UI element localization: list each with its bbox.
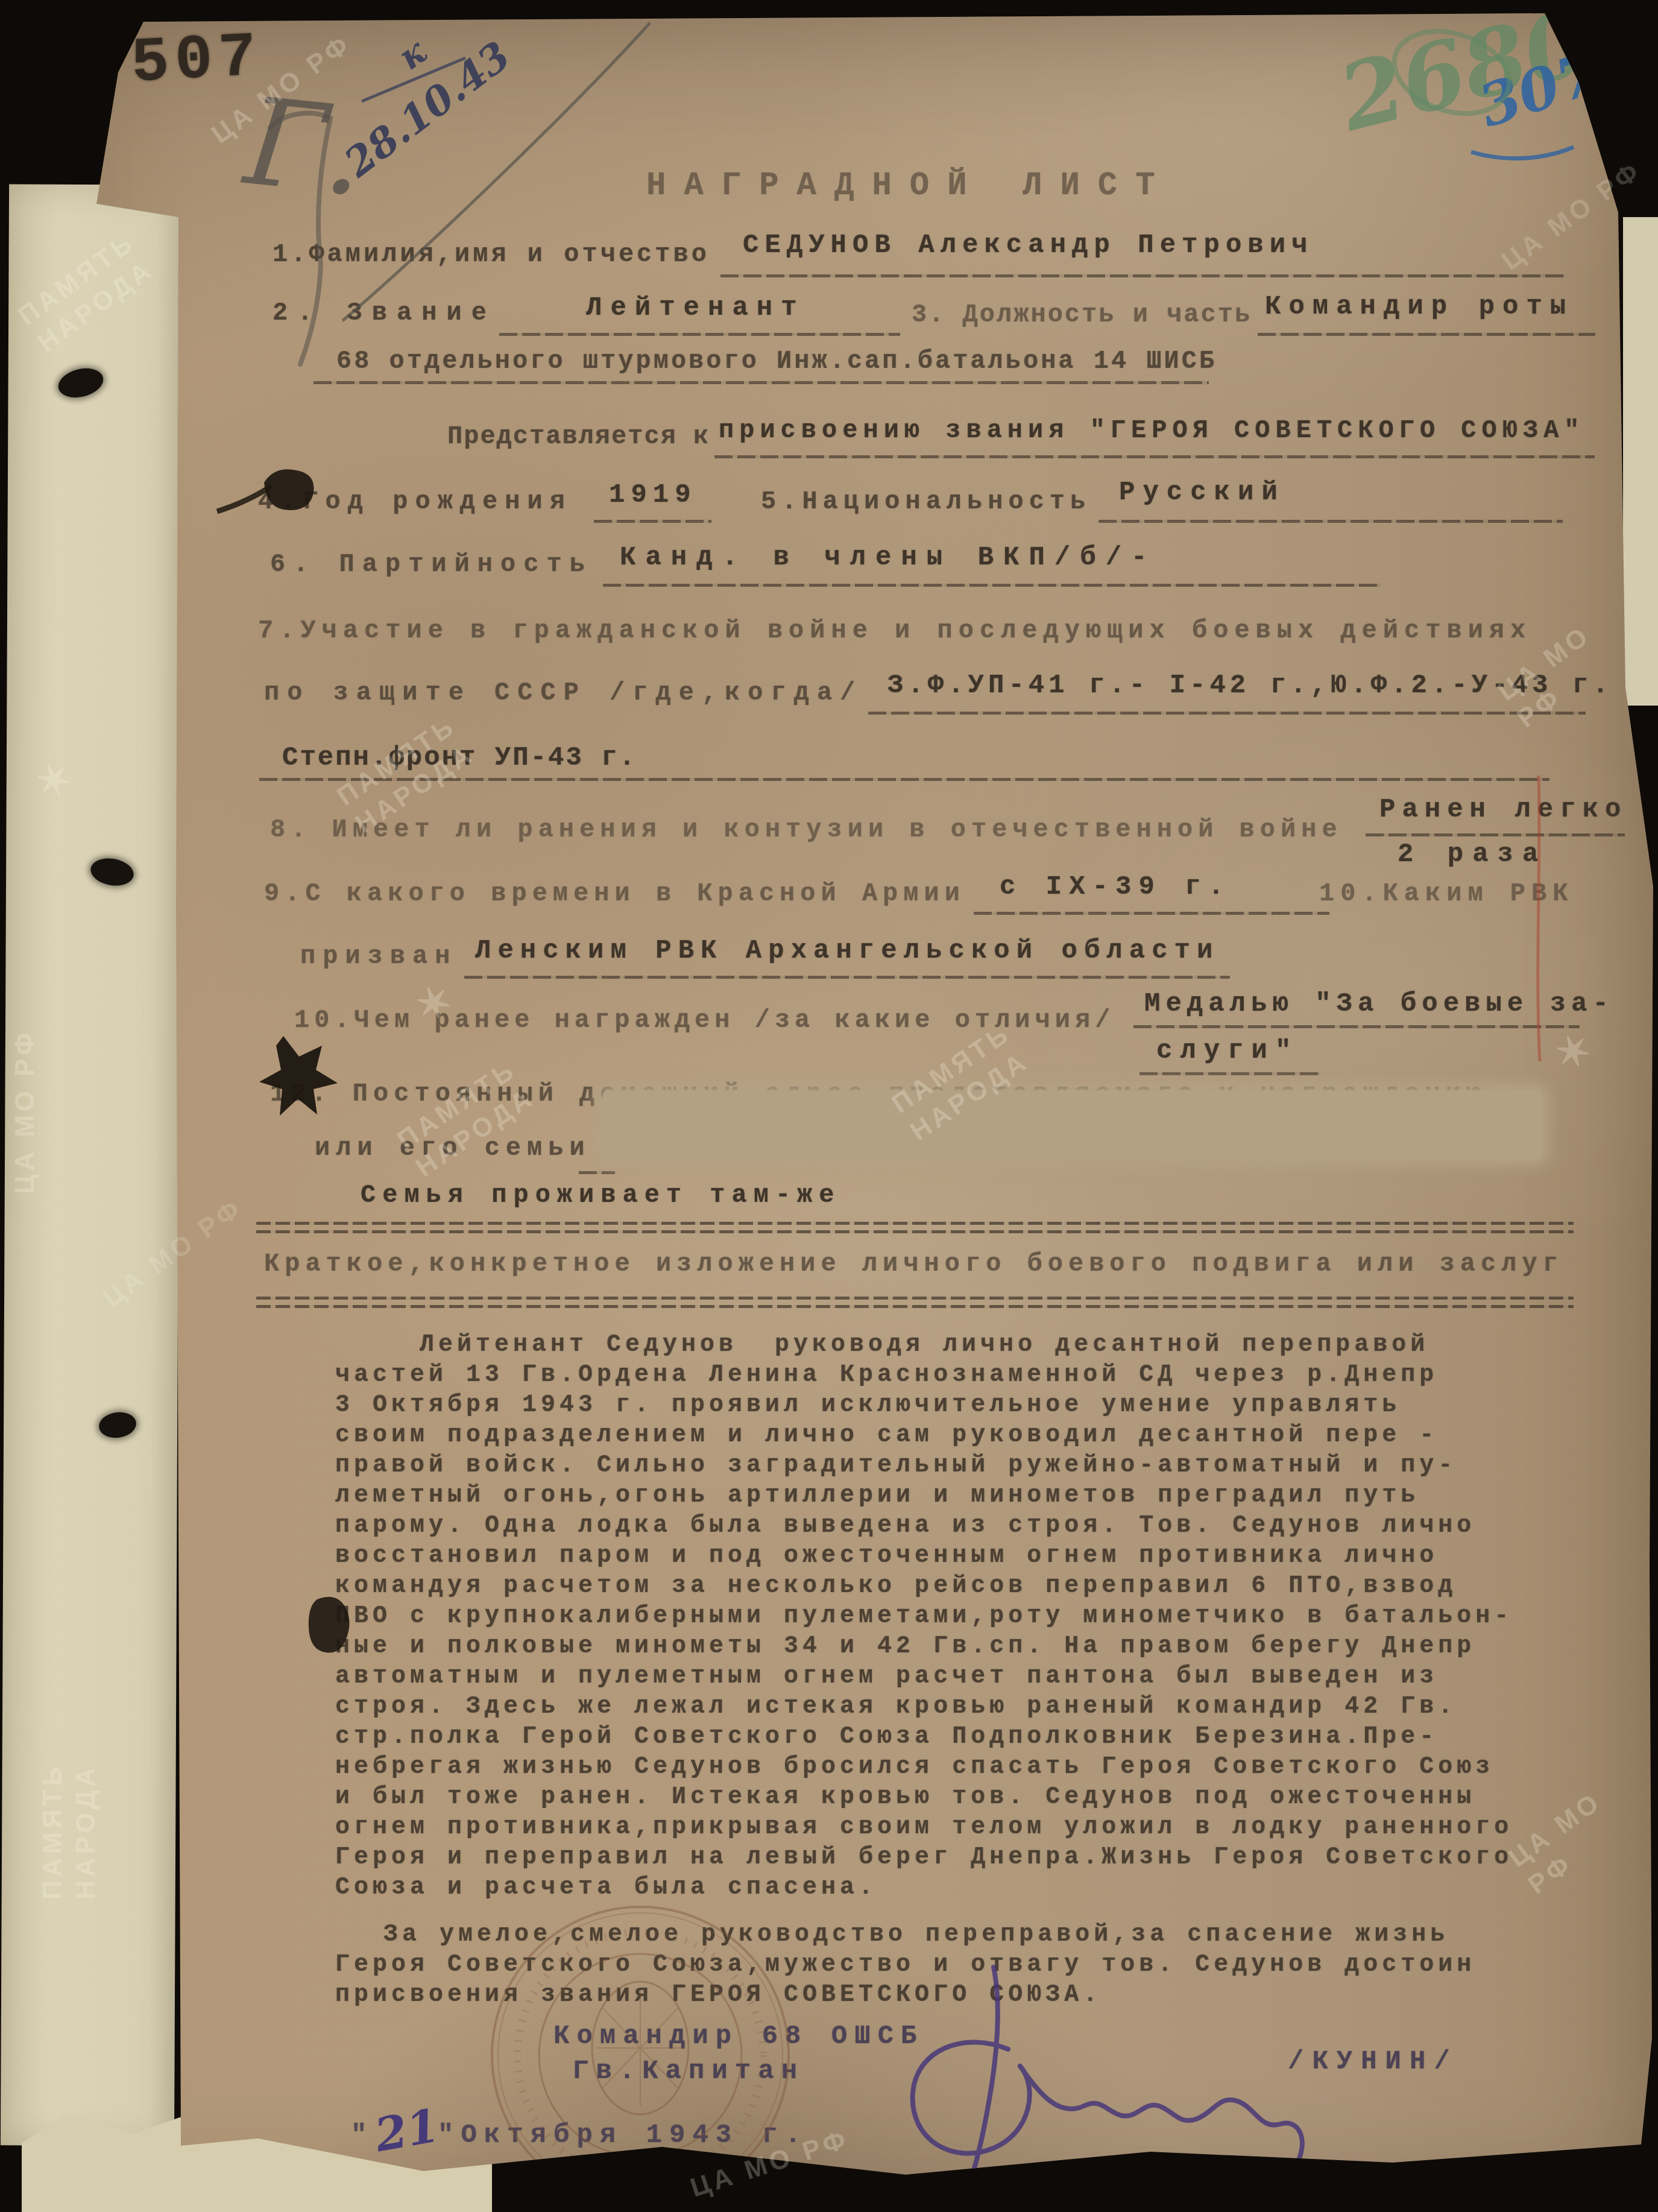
field-rank-label: 2. Звание [273, 299, 496, 327]
conclusion-line: Героя Советского Союза,мужество и отвагу… [335, 1951, 1475, 1982]
typed-underline [579, 1171, 615, 1174]
signer-position-line2: Гв.Капитан [573, 2056, 804, 2087]
typed-underline [464, 976, 1230, 979]
typed-underline [603, 584, 1381, 587]
field-nationality-label: 5.Национальность [761, 487, 1091, 516]
field-drafted-by-label2: призван [300, 942, 457, 971]
dashed-separator [256, 1305, 1574, 1308]
date-open-quote: " [351, 2120, 371, 2150]
field-army-since-label: 9.С какого времени в Красной Армии [264, 879, 965, 908]
citation-line: автоматным и пулеметным огнем расчет пан… [335, 1663, 1513, 1693]
citation-line: правой войск. Сильно заградительный руже… [335, 1452, 1513, 1482]
field-party-label: 6. Партийность [270, 550, 593, 579]
field-nationality-value: Русский [1119, 478, 1285, 508]
field-birth-year-value: 1919 [609, 480, 697, 510]
typed-underline [1366, 833, 1625, 836]
field-birth-year-label: 4.Год рождения [258, 487, 572, 516]
citation-line: командуя расчетом за несколько рейсов пе… [335, 1573, 1513, 1603]
citation-line: парому. Одна лодка была выведена из стро… [335, 1512, 1513, 1543]
feat-section-header: Краткое,конкретное изложение личного бое… [264, 1250, 1563, 1278]
presented-value: присвоению звания "ГЕРОЯ СОВЕТСКОГО СОЮЗ… [719, 416, 1585, 445]
citation-line: небрегая жизнью Седунов бросился спасать… [335, 1754, 1513, 1784]
typed-underline [868, 712, 1586, 715]
typed-underline [1099, 520, 1563, 523]
field-war-service-value: З.Ф.УП-41 г.- I-42 г.,Ю.Ф.2.-У-43 г. [887, 671, 1613, 701]
blue-underline [1471, 147, 1574, 159]
signer-name: /КУНИН/ [1288, 2047, 1458, 2077]
presented-label: Представляется к [447, 422, 710, 451]
signer-position-line1: Командир 68 ОШСБ [553, 2021, 924, 2052]
underlying-sheet-left-edge [1, 184, 183, 2146]
field-unit-value: 68 отдельного штурмового Инж.сап.батальо… [336, 347, 1217, 376]
conclusion-line: присвоения звания ГЕРОЯ СОВЕТСКОГО СОЮЗА… [335, 1982, 1475, 2012]
field-rank-value: Лейтенант [586, 293, 805, 323]
scanned-award-sheet: 507 Г. к 28.10.43 2680 307 НАГРАДНОЙ ЛИС… [0, 0, 1658, 2212]
citation-line: ПВО с крупнокалиберными пулеметами,роту … [335, 1603, 1513, 1633]
conclusion-line: За умелое,смелое руководство переправой,… [335, 1921, 1475, 1951]
typed-underline [259, 778, 1549, 781]
redacted-address-area [603, 1090, 1542, 1159]
typed-underline [1258, 333, 1595, 336]
citation-line: Героя и переправил на левый берег Днепра… [335, 1844, 1513, 1874]
field-wounds-label: 8. Имеет ли ранения и контузии в отечест… [270, 815, 1343, 844]
field-prior-awards-label: 10.Чем ранее награжден /за какие отличия… [294, 1006, 1115, 1035]
archive-page-number-stamp: 507 [130, 22, 264, 100]
citation-line: стр.полка Герой Советского Союза Подполк… [335, 1724, 1513, 1754]
typed-underline [714, 455, 1595, 458]
typed-underline [499, 333, 900, 336]
field-army-since-value: с IX-39 г. [1000, 872, 1231, 902]
date-rest: "Октября 1943 г. [438, 2120, 808, 2150]
field-name-label: 1.Фамилия,имя и отчество [273, 240, 710, 269]
family-residence-note: Семья проживает там-же [361, 1181, 841, 1210]
field-name-value: СЕДУНОВ Александр Петрович [743, 230, 1314, 261]
typed-underline [594, 520, 711, 523]
field-prior-awards-value2: слуги" [1156, 1036, 1299, 1066]
field-war-service-value2: Степн.фронт УП-43 г. [282, 743, 637, 773]
dashed-separator [256, 1230, 1574, 1233]
citation-line: частей 13 Гв.Ордена Ленина Краснознаменн… [335, 1362, 1513, 1392]
field-wounds-value1: Ранен легко [1379, 795, 1627, 825]
citation-line: Союза и расчета была спасена. [335, 1874, 1513, 1904]
field-position-label: 3. Должность и часть [912, 300, 1252, 329]
field-drafted-by-value: Ленским РВК Архангельской области [475, 936, 1219, 966]
typed-underline [1133, 1025, 1580, 1028]
citation-line: ные и полковые минометы 34 и 42 Гв.сп. Н… [335, 1633, 1513, 1663]
citation-line: 3 Октября 1943 г. проявил исключительное… [335, 1392, 1513, 1422]
field-drafted-by-label: 10.Каким РВК [1319, 879, 1574, 908]
typed-underline [1139, 1072, 1320, 1075]
citation-line: строя. Здесь же лежал истекая кровью ран… [335, 1693, 1513, 1724]
feat-conclusion-paragraph: За умелое,смелое руководство переправой,… [335, 1921, 1475, 2012]
field-home-address-label2: или его семьи [315, 1134, 591, 1163]
feat-citation-paragraph: Лейтенант Седунов руководя лично десантн… [335, 1332, 1513, 1904]
field-position-value: Командир роты [1265, 292, 1574, 322]
citation-line: огнем противника,прикрывая своим телом у… [335, 1814, 1513, 1844]
field-war-service-label: 7.Участие в гражданской войне и последую… [258, 616, 1531, 645]
pencil-note-letter: к [391, 31, 434, 78]
date-day-handwritten: 21 [371, 2098, 443, 2162]
citation-line: леметный огонь,огонь артиллерии и миноме… [335, 1482, 1513, 1512]
citation-line: восстановил паром и под ожесточенным огн… [335, 1543, 1513, 1573]
dashed-separator [256, 1222, 1574, 1225]
field-wounds-value2: 2 раза [1398, 839, 1547, 870]
field-prior-awards-value1: Медалью "За боевые за- [1144, 989, 1614, 1019]
field-party-value: Канд. в члены ВКП/б/- [620, 543, 1157, 573]
field-war-service-label2: по защите СССР /где,когда/ [264, 678, 863, 707]
typed-underline [720, 274, 1565, 277]
citation-line: Лейтенант Седунов руководя лично десантн… [335, 1332, 1513, 1362]
document-page: 507 Г. к 28.10.43 2680 307 НАГРАДНОЙ ЛИС… [0, 0, 1658, 2212]
citation-line: своим подразделением и лично сам руковод… [335, 1422, 1513, 1452]
underlying-sheet-right-edge [1623, 217, 1658, 706]
typed-underline [314, 381, 1209, 384]
citation-line: и был тоже ранен. Истекая кровью тов. Се… [335, 1784, 1513, 1814]
dashed-separator [256, 1297, 1574, 1300]
document-title: НАГРАДНОЙ ЛИСТ [646, 168, 1173, 204]
typed-underline [974, 912, 1329, 915]
